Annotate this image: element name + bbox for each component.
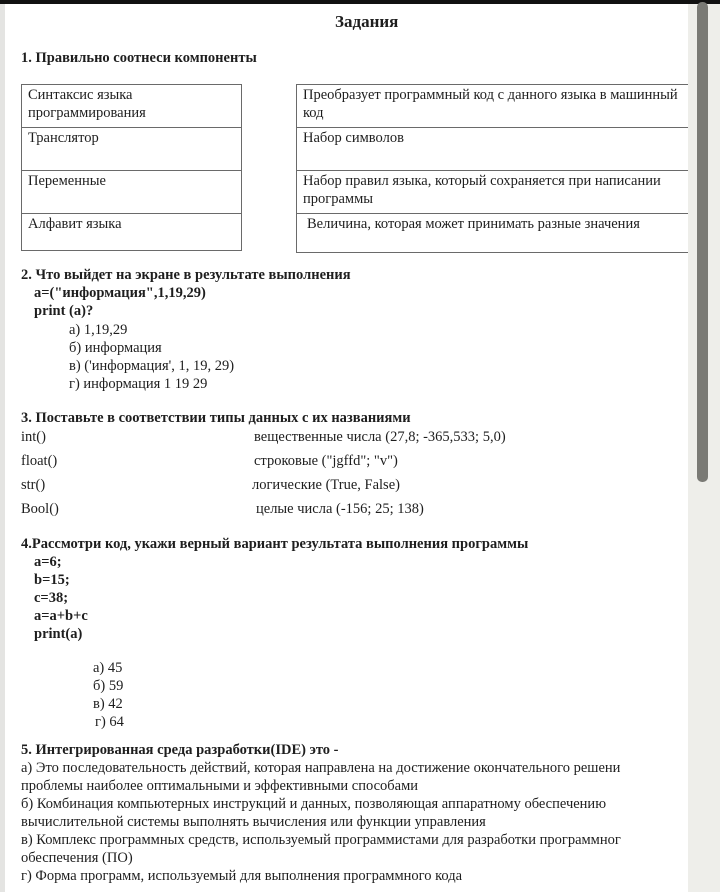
q1-left-table: Синтаксис языка программирования Трансля…: [21, 84, 242, 251]
q3-heading: 3. Поставьте в соответствии типы данных …: [21, 410, 411, 427]
q5-heading: 5. Интегрированная среда разработки(IDE)…: [21, 742, 339, 759]
page-title: Задания: [335, 12, 398, 32]
q5-line: вычислительной системы выполнять вычисле…: [21, 814, 486, 831]
q3-name: строковые ("jgffd"; "v"): [254, 453, 398, 470]
q1-heading: 1. Правильно соотнеси компоненты: [21, 50, 257, 67]
q4-option: а) 45: [93, 660, 122, 677]
q3-type: str(): [21, 477, 45, 494]
q4-option: г) 64: [95, 714, 124, 731]
q5-line: проблемы наиболее оптимальными и эффекти…: [21, 778, 418, 795]
q1-left-cell: Транслятор: [22, 128, 242, 171]
q3-name: логические (True, False): [252, 477, 400, 494]
q1-right-cell: Величина, которая может принимать разные…: [297, 214, 697, 253]
q5-line: г) Форма программ, используемый для выпо…: [21, 868, 462, 885]
q2-option: в) ('информация', 1, 19, 29): [69, 358, 234, 375]
q2-code-line: a=("информация",1,19,29): [34, 285, 206, 302]
q1-right-cell: Набор правил языка, который сохраняется …: [297, 171, 697, 214]
q3-name: целые числа (-156; 25; 138): [256, 501, 424, 518]
q4-code-line: c=38;: [34, 590, 68, 607]
q3-type: float(): [21, 453, 57, 470]
q4-option: в) 42: [93, 696, 123, 713]
q1-left-cell: Синтаксис языка программирования: [22, 85, 242, 128]
q1-right-table: Преобразует программный код с данного яз…: [296, 84, 696, 253]
q1-right-cell: Набор символов: [297, 128, 697, 171]
q5-line: б) Комбинация компьютерных инструкций и …: [21, 796, 606, 813]
q4-code-line: print(a): [34, 626, 82, 643]
q3-name: вещественные числа (27,8; -365,533; 5,0): [254, 429, 506, 446]
q1-right-cell: Преобразует программный код с данного яз…: [297, 85, 697, 128]
document-page: Задания 1. Правильно соотнеси компоненты…: [5, 4, 688, 892]
q4-option: б) 59: [93, 678, 123, 695]
q4-code-line: a=6;: [34, 554, 62, 571]
q3-type: int(): [21, 429, 46, 446]
q4-heading: 4.Рассмотри код, укажи верный вариант ре…: [21, 536, 528, 553]
q2-option: б) информация: [69, 340, 162, 357]
q2-option: г) информация 1 19 29: [69, 376, 207, 393]
q4-code-line: b=15;: [34, 572, 70, 589]
q5-line: а) Это последовательность действий, кото…: [21, 760, 620, 777]
q4-code-line: a=a+b+c: [34, 608, 88, 625]
q2-option: а) 1,19,29: [69, 322, 127, 339]
q5-line: в) Комплекс программных средств, использ…: [21, 832, 621, 849]
q1-left-cell: Алфавит языка: [22, 214, 242, 251]
q2-code-line: print (a)?: [34, 303, 93, 320]
q2-heading: 2. Что выйдет на экране в результате вып…: [21, 267, 351, 284]
scrollbar-thumb[interactable]: [697, 2, 708, 482]
q5-line: обеспечения (ПО): [21, 850, 133, 867]
q3-type: Bool(): [21, 501, 59, 518]
q1-left-cell: Переменные: [22, 171, 242, 214]
